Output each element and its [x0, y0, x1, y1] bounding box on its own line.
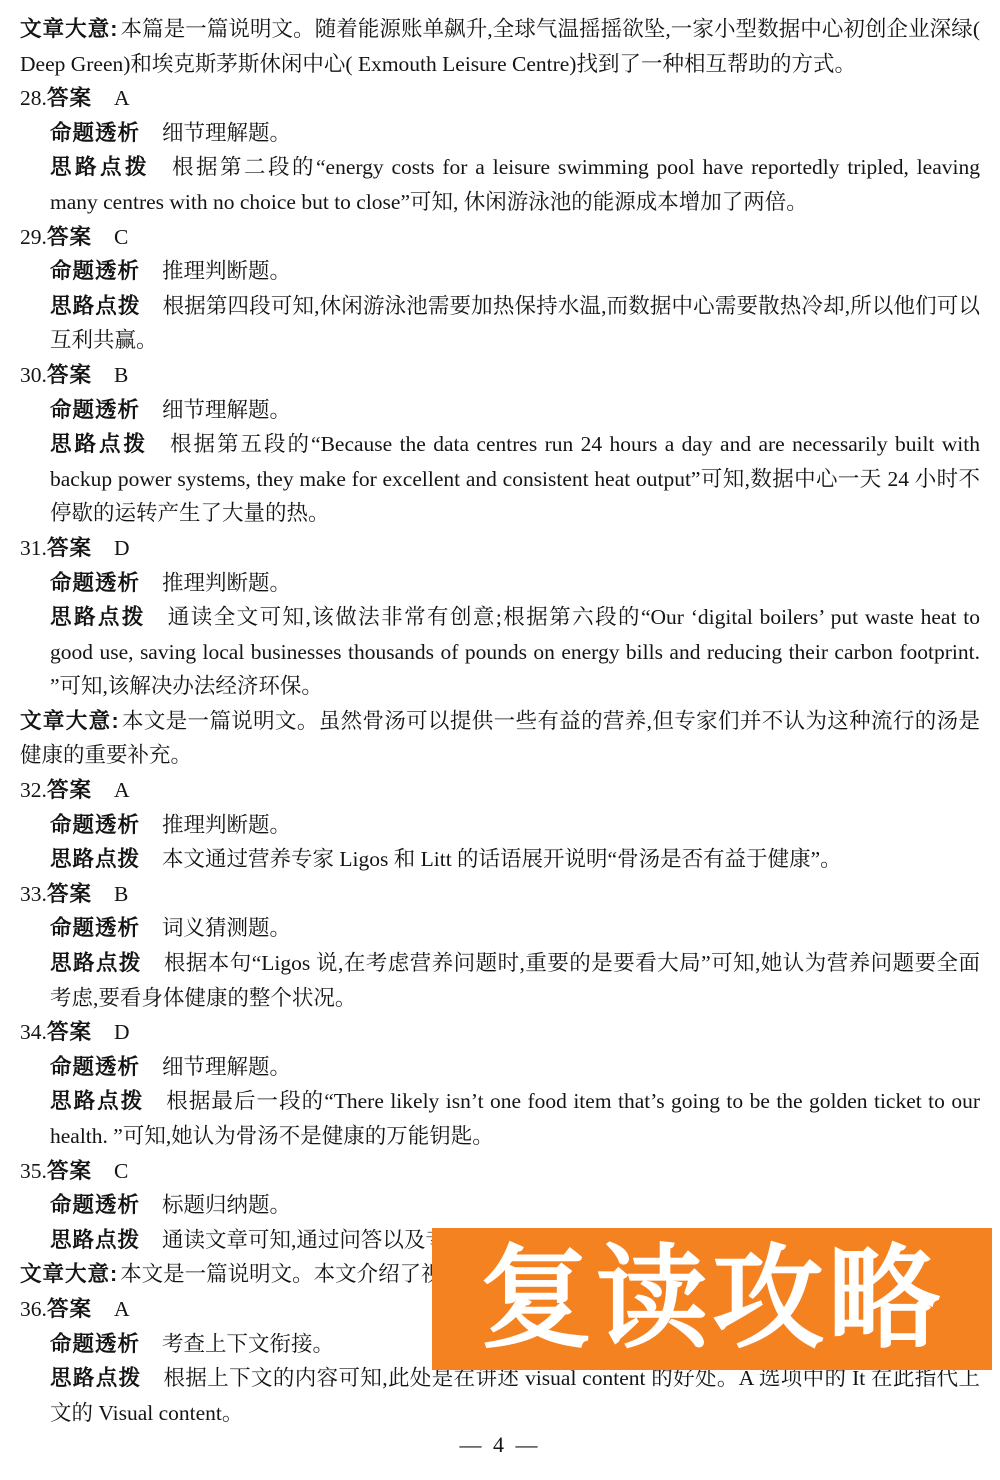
analysis-text: 细节理解题。 — [162, 121, 291, 145]
analysis-label: 命题透析 — [50, 916, 140, 940]
tips-line: 思路点拨根据第五段的“Because the data centres run … — [50, 427, 980, 531]
answer-label: 答案 — [47, 1159, 92, 1183]
analysis-line: 命题透析标题归纳题。 — [50, 1188, 980, 1223]
analysis-line: 命题透析细节理解题。 — [50, 1050, 980, 1085]
analysis-text: 标题归纳题。 — [162, 1193, 291, 1217]
tips-label: 思路点拨 — [50, 155, 150, 179]
question-number: 29. — [20, 220, 47, 255]
tips-text: 根据第二段的“energy costs for a leisure swimmi… — [50, 155, 980, 214]
tips-label: 思路点拨 — [50, 294, 141, 318]
analysis-label: 命题透析 — [50, 813, 140, 837]
analysis-text: 考查上下文衔接。 — [162, 1332, 334, 1356]
tips-text: 根据第四段可知,休闲游泳池需要加热保持水温,而数据中心需要散热冷却,所以他们可以… — [50, 294, 980, 353]
answer-line: 33.答案B — [20, 877, 980, 912]
analysis-label: 命题透析 — [50, 121, 140, 145]
answer-label: 答案 — [47, 1020, 92, 1044]
tips-text: 根据最后一段的“There likely isn’t one food item… — [50, 1089, 980, 1148]
tips-line: 思路点拨根据第四段可知,休闲游泳池需要加热保持水温,而数据中心需要散热冷却,所以… — [50, 289, 980, 358]
question-number: 30. — [20, 358, 47, 393]
page-number: — 4 — — [0, 1432, 1000, 1458]
analysis-line: 命题透析推理判断题。 — [50, 808, 980, 843]
summary-label: 文章大意: — [20, 1262, 118, 1286]
answer-letter: A — [114, 778, 130, 802]
document-body: 文章大意:本篇是一篇说明文。随着能源账单飙升,全球气温摇摇欲坠,一家小型数据中心… — [20, 12, 980, 1430]
promo-banner-text: 复读攻略 — [480, 1243, 944, 1355]
analysis-line: 命题透析推理判断题。 — [50, 566, 980, 601]
tips-line: 思路点拨根据上下文的内容可知,此处是在讲述 visual content 的好处… — [50, 1361, 980, 1430]
analysis-text: 推理判断题。 — [162, 259, 291, 283]
tips-text: 根据上下文的内容可知,此处是在讲述 visual content 的好处。A 选… — [50, 1366, 980, 1425]
answer-label: 答案 — [47, 86, 92, 110]
analysis-line: 命题透析细节理解题。 — [50, 116, 980, 151]
answer-key-page: 文章大意:本篇是一篇说明文。随着能源账单飙升,全球气温摇摇欲坠,一家小型数据中心… — [0, 0, 1000, 1480]
answer-label: 答案 — [47, 1297, 92, 1321]
analysis-line: 命题透析细节理解题。 — [50, 393, 980, 428]
answer-line: 32.答案A — [20, 773, 980, 808]
answer-line: 30.答案B — [20, 358, 980, 393]
analysis-line: 命题透析推理判断题。 — [50, 254, 980, 289]
tips-text: 通读文章可知,通过问答以及专业 — [162, 1228, 468, 1252]
answer-letter: B — [114, 882, 128, 906]
passage-summary: 文章大意:本文是一篇说明文。虽然骨汤可以提供一些有益的营养,但专家们并不认为这种… — [20, 704, 980, 773]
tips-label: 思路点拨 — [50, 432, 148, 456]
tips-label: 思路点拨 — [50, 605, 146, 629]
answer-letter: A — [114, 1297, 130, 1321]
summary-text: 本文是一篇说明文。虽然骨汤可以提供一些有益的营养,但专家们并不认为这种流行的汤是… — [20, 709, 980, 768]
analysis-text: 细节理解题。 — [162, 1055, 291, 1079]
analysis-label: 命题透析 — [50, 1055, 140, 1079]
tips-line: 思路点拨根据第二段的“energy costs for a leisure sw… — [50, 150, 980, 219]
answer-label: 答案 — [47, 225, 92, 249]
analysis-text: 推理判断题。 — [162, 813, 291, 837]
promo-banner: 复读攻略 — [432, 1228, 992, 1370]
answer-letter: A — [114, 86, 130, 110]
question-number: 36. — [20, 1292, 47, 1327]
summary-text: 本篇是一篇说明文。随着能源账单飙升,全球气温摇摇欲坠,一家小型数据中心初创企业深… — [20, 17, 980, 76]
analysis-label: 命题透析 — [50, 571, 140, 595]
answer-label: 答案 — [47, 778, 92, 802]
summary-label: 文章大意: — [20, 17, 118, 41]
answer-line: 35.答案C — [20, 1154, 980, 1189]
tips-label: 思路点拨 — [50, 1228, 140, 1252]
tips-line: 思路点拨通读全文可知,该做法非常有创意;根据第六段的“Our ‘digital … — [50, 600, 980, 704]
answer-line: 28.答案A — [20, 81, 980, 116]
analysis-text: 细节理解题。 — [162, 398, 291, 422]
tips-line: 思路点拨本文通过营养专家 Ligos 和 Litt 的话语展开说明“骨汤是否有益… — [50, 842, 980, 877]
question-number: 31. — [20, 531, 47, 566]
question-number: 28. — [20, 81, 47, 116]
answer-label: 答案 — [47, 882, 92, 906]
answer-letter: D — [114, 536, 130, 560]
summary-label: 文章大意: — [20, 709, 120, 733]
tips-text: 本文通过营养专家 Ligos 和 Litt 的话语展开说明“骨汤是否有益于健康”… — [162, 847, 842, 871]
tips-text: 根据第五段的“Because the data centres run 24 h… — [50, 432, 980, 525]
passage-summary: 文章大意:本篇是一篇说明文。随着能源账单飙升,全球气温摇摇欲坠,一家小型数据中心… — [20, 12, 980, 81]
question-number: 32. — [20, 773, 47, 808]
analysis-text: 推理判断题。 — [162, 571, 291, 595]
tips-line: 思路点拨根据最后一段的“There likely isn’t one food … — [50, 1084, 980, 1153]
answer-label: 答案 — [47, 536, 92, 560]
answer-line: 31.答案D — [20, 531, 980, 566]
tips-line: 思路点拨根据本句“Ligos 说,在考虑营养问题时,重要的是要看大局”可知,她认… — [50, 946, 980, 1015]
question-number: 33. — [20, 877, 47, 912]
summary-text: 本文是一篇说明文。本文介绍了视觉 — [120, 1262, 464, 1286]
analysis-label: 命题透析 — [50, 1332, 140, 1356]
answer-label: 答案 — [47, 363, 92, 387]
tips-text: 通读全文可知,该做法非常有创意;根据第六段的“Our ‘digital boil… — [50, 605, 980, 698]
tips-text: 根据本句“Ligos 说,在考虑营养问题时,重要的是要看大局”可知,她认为营养问… — [50, 951, 980, 1010]
analysis-text: 词义猜测题。 — [162, 916, 291, 940]
tips-label: 思路点拨 — [50, 1366, 142, 1390]
tips-label: 思路点拨 — [50, 951, 142, 975]
question-number: 34. — [20, 1015, 47, 1050]
answer-line: 29.答案C — [20, 220, 980, 255]
tips-label: 思路点拨 — [50, 1089, 144, 1113]
analysis-label: 命题透析 — [50, 1193, 140, 1217]
tips-label: 思路点拨 — [50, 847, 140, 871]
answer-letter: C — [114, 225, 128, 249]
question-number: 35. — [20, 1154, 47, 1189]
answer-line: 34.答案D — [20, 1015, 980, 1050]
analysis-label: 命题透析 — [50, 259, 140, 283]
analysis-label: 命题透析 — [50, 398, 140, 422]
analysis-line: 命题透析词义猜测题。 — [50, 911, 980, 946]
answer-letter: D — [114, 1020, 130, 1044]
answer-letter: C — [114, 1159, 128, 1183]
answer-letter: B — [114, 363, 128, 387]
